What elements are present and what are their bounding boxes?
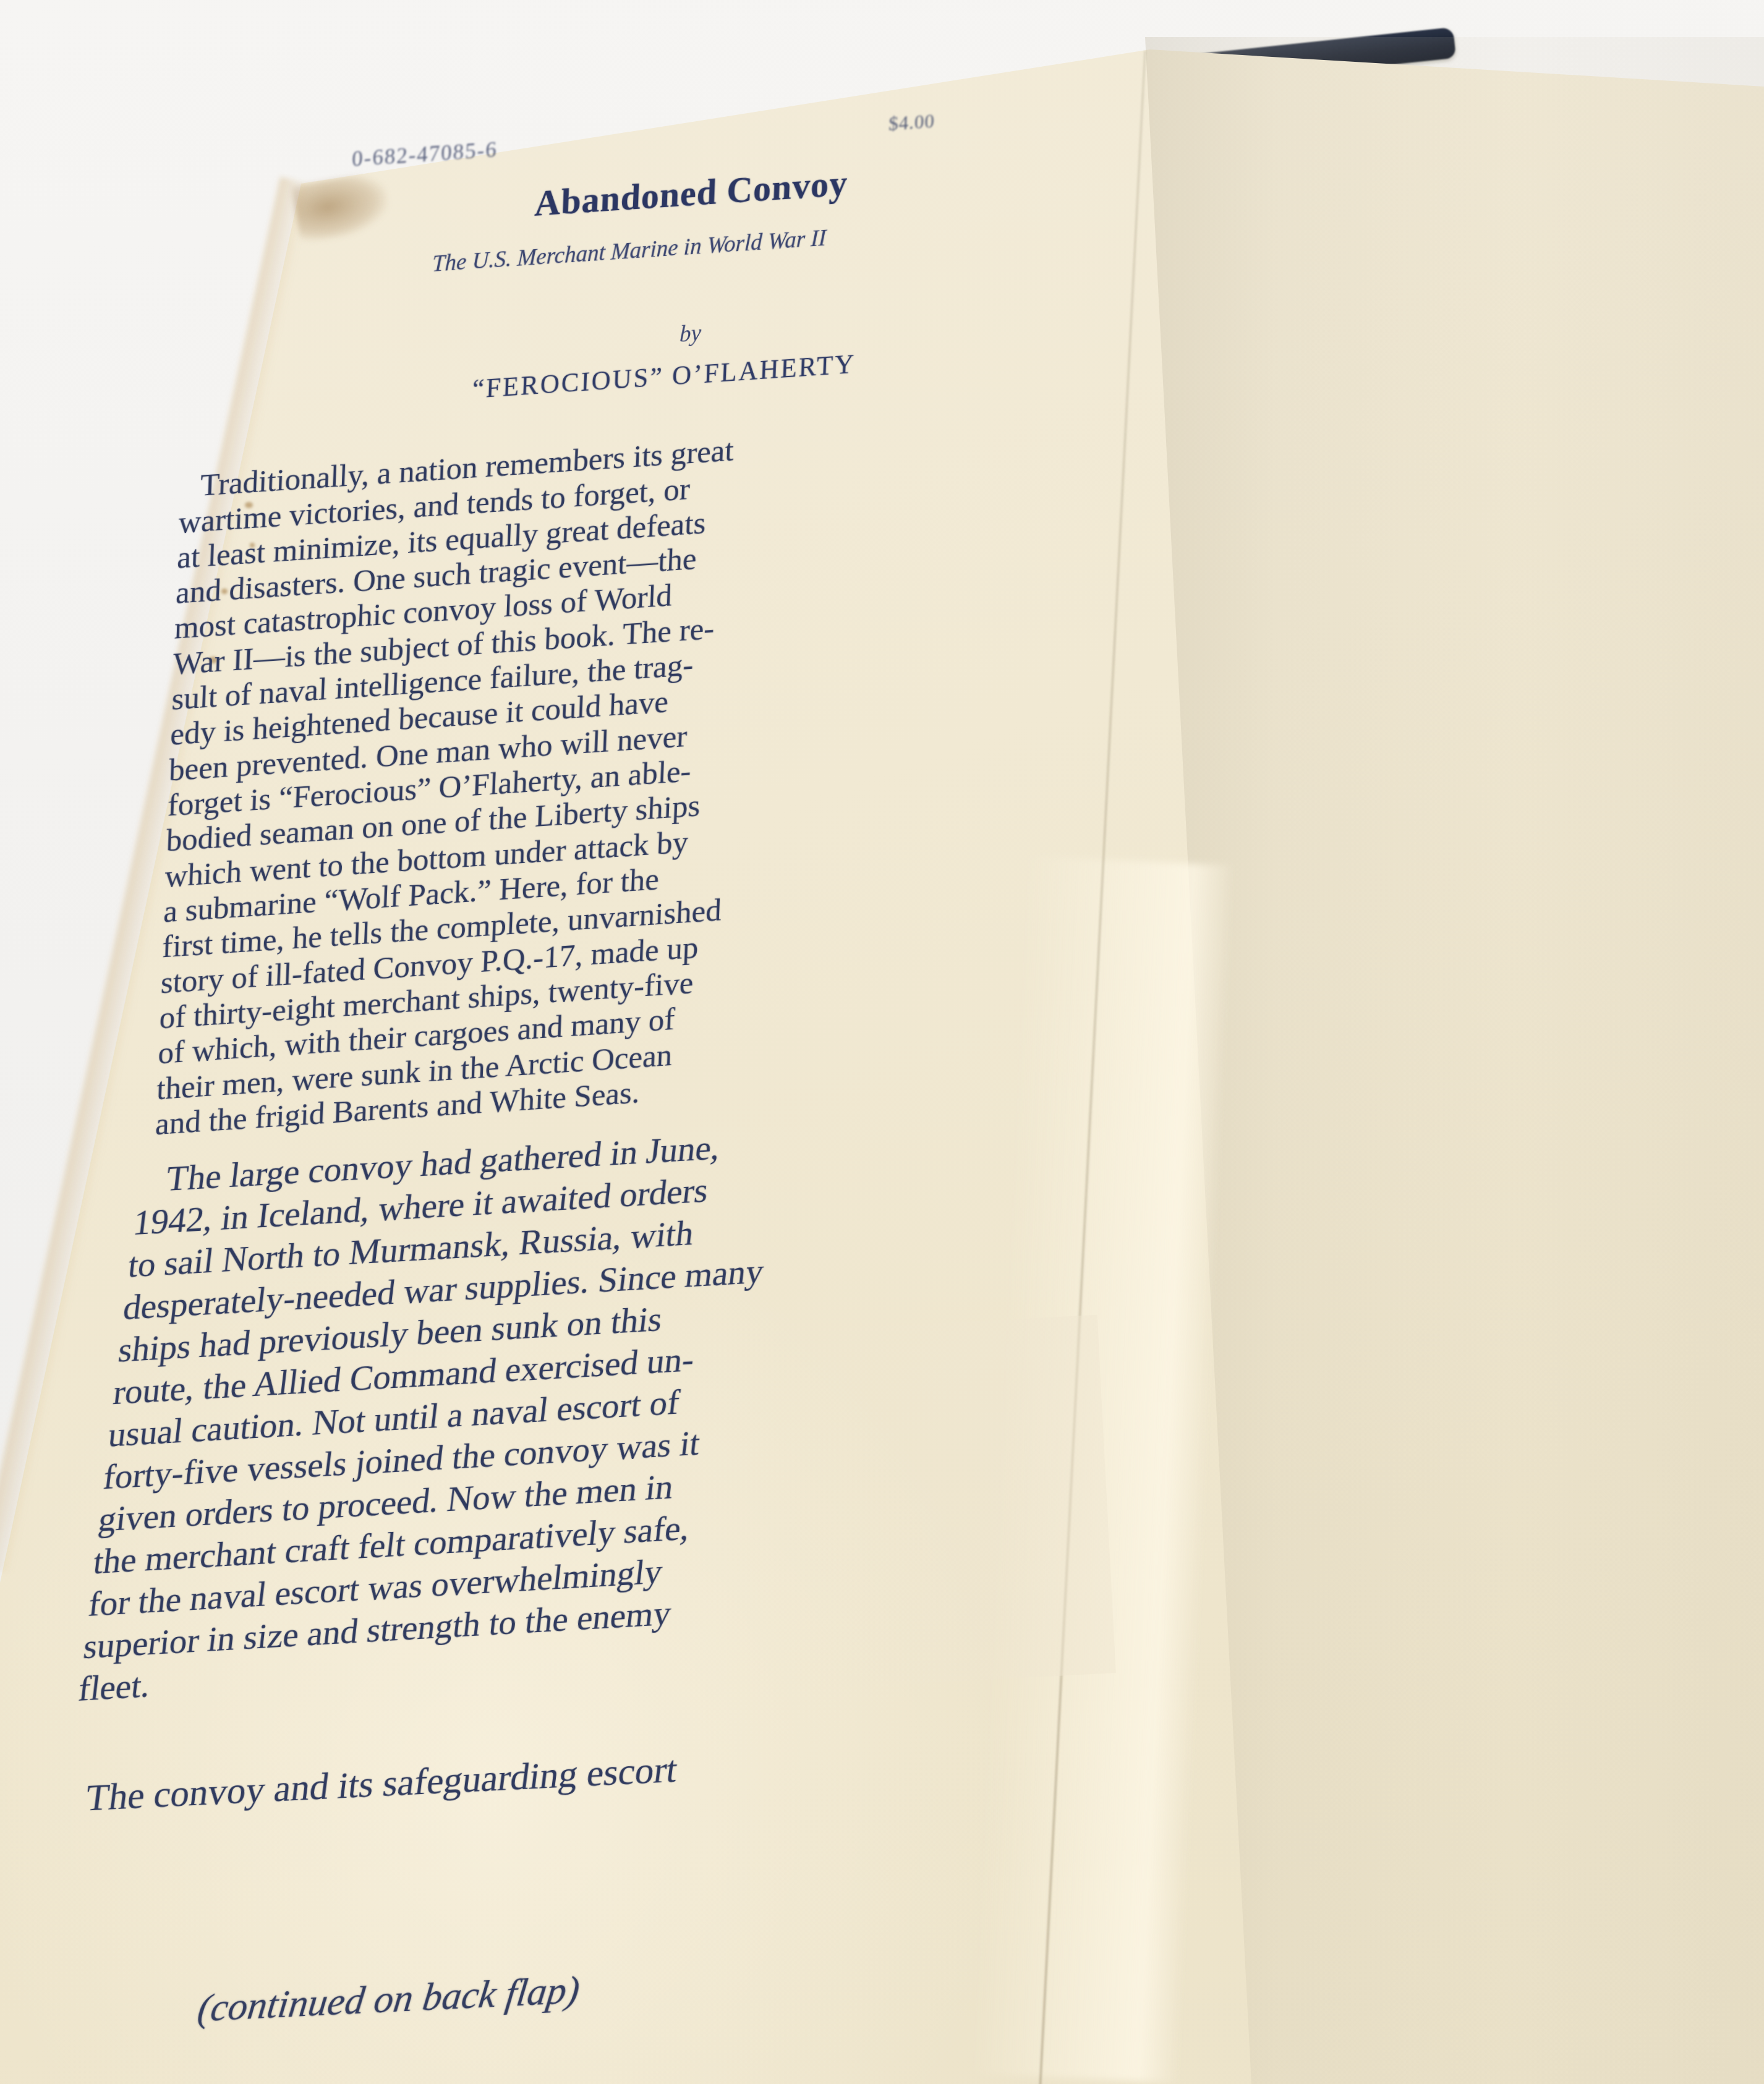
flap-printed-text: 0-682-47085-6 $4.00 Abandoned Convoy The…	[0, 0, 1764, 2084]
isbn-number: 0-682-47085-6	[351, 137, 498, 172]
book-jacket-flap-photo: 0-682-47085-6 $4.00 Abandoned Convoy The…	[0, 0, 1764, 2084]
blurb-paragraph-3: The convoy and its safeguarding escort	[59, 1748, 680, 1821]
byline-label: by	[679, 320, 702, 349]
blurb-paragraph-2: The large convoy had gathered in June,19…	[76, 1123, 781, 1711]
author-name: “FEROCIOUS” O’FLAHERTY	[472, 349, 856, 405]
price: $4.00	[888, 110, 935, 135]
continued-note: (continued on back flap)	[195, 1967, 582, 2031]
blurb-paragraph-1: Traditionally, a nation remembers its gr…	[155, 433, 739, 1142]
book-subtitle: The U.S. Merchant Marine in World War II	[432, 225, 826, 278]
book-title: Abandoned Convoy	[534, 162, 848, 224]
